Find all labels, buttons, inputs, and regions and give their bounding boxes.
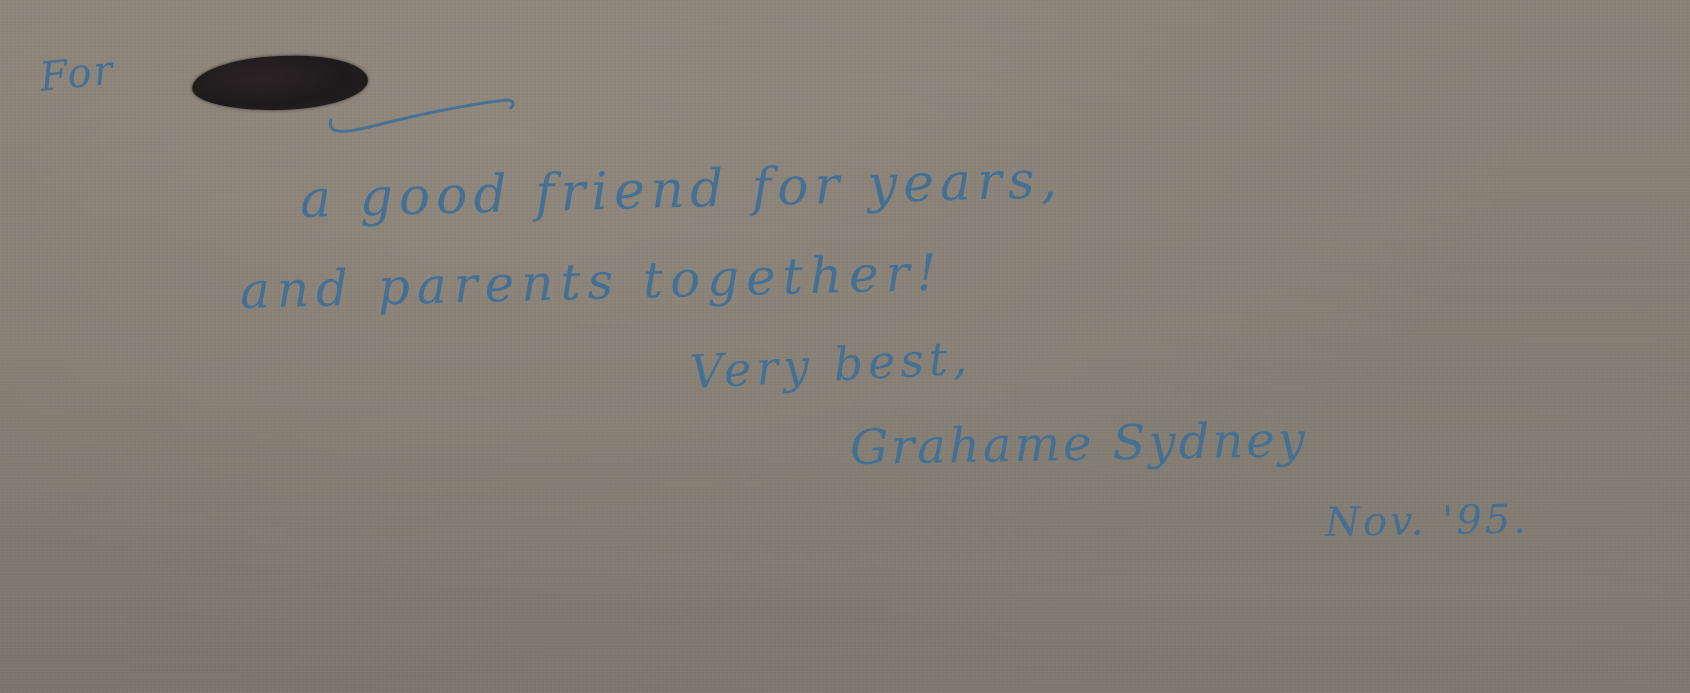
note-line-2: and parents together! [239,244,944,320]
note-date: Nov. '95. [1325,496,1530,546]
handwritten-note: For a good friend for years, and parents… [0,0,1690,693]
salutation: For [38,47,117,101]
note-closing: Very best, [689,330,974,399]
note-line-1: a good friend for years, [299,150,1064,230]
flourish-stroke [325,88,515,138]
signature: Grahame Sydney [850,412,1309,476]
